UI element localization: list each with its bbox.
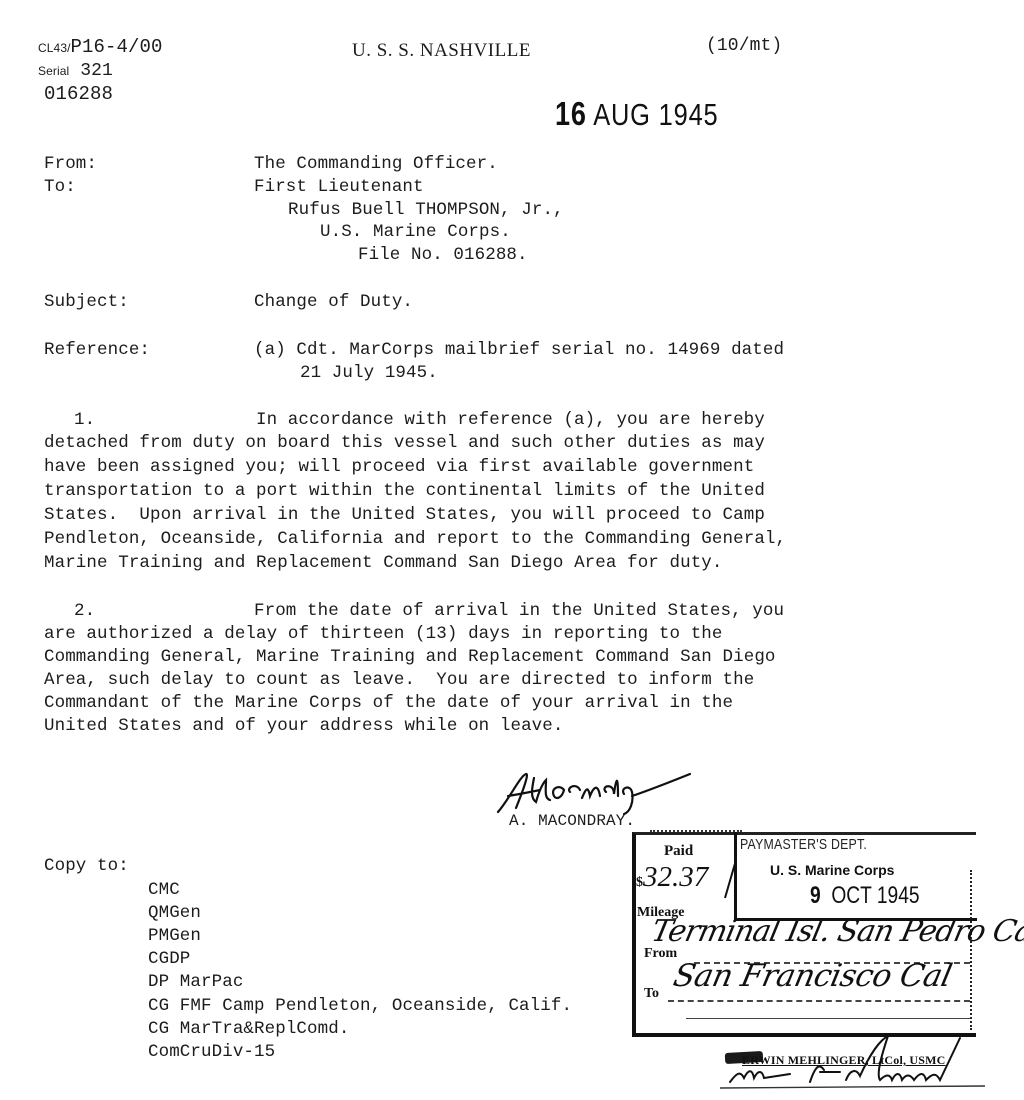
paragraph-2-line: Commanding General, Marine Training and … (44, 647, 776, 667)
to-line-name: Rufus Buell THOMPSON, Jr., (288, 200, 564, 220)
paragraph-1-line: Pendleton, Oceanside, California and rep… (44, 529, 786, 549)
copy-recipient: QMGen (148, 903, 201, 923)
ref-code-value: P16-4/00 (71, 36, 163, 58)
handwritten-from: Terminal Isl. San Pedro Cal (648, 914, 1024, 949)
subject-label: Subject: (44, 292, 129, 312)
stamp-date-day: 9 (810, 882, 821, 909)
paragraph-1-line: Marine Training and Replacement Command … (44, 553, 723, 573)
paid-label: Paid (664, 843, 693, 860)
to-label: To: (44, 177, 76, 197)
handwritten-to: San Francisco Cal (670, 958, 955, 994)
file-number: 016288 (44, 83, 113, 105)
ship-name-heading: U. S. S. NASHVILLE (352, 40, 531, 62)
to-line-rank: First Lieutenant (254, 177, 424, 197)
stamp-date: 9 OCT 1945 (810, 882, 920, 910)
paragraph-1-line: States. Upon arrival in the United State… (44, 505, 765, 525)
reference-line-1: (a) Cdt. MarCorps mailbrief serial no. 1… (254, 340, 784, 360)
stamp-right-edge (970, 870, 972, 1030)
from-value: The Commanding Officer. (254, 154, 498, 174)
date-month-year: AUG 1945 (593, 97, 718, 132)
reference-label: Reference: (44, 340, 150, 360)
to-line-file: File No. 016288. (358, 245, 528, 265)
stamp-date-month-year: OCT 1945 (831, 882, 919, 909)
serial-line: Serial 321 (38, 61, 113, 81)
copy-recipient: CG MarTra&ReplComd. (148, 1019, 349, 1039)
reference-code: CL43/P16-4/00 (38, 36, 163, 58)
paragraph-1-number: 1. (74, 410, 95, 430)
paragraph-2-line: United States and of your address while … (44, 716, 563, 736)
copy-recipient: CGDP (148, 949, 190, 969)
dollar-sign: $ (636, 875, 643, 890)
stamp-to-label: To (644, 986, 659, 1002)
copy-recipient: ComCruDiv-15 (148, 1042, 275, 1062)
paid-amount: $32.37 (636, 861, 708, 894)
signer-name: A. MACONDRAY. (509, 812, 635, 830)
typist-initials: (10/mt) (706, 36, 782, 56)
paragraph-1-line: have been assigned you; will proceed via… (44, 457, 754, 477)
paragraph-2-line: From the date of arrival in the United S… (254, 601, 784, 621)
blank-line (686, 1018, 970, 1019)
paymaster-signature-icon (720, 1034, 990, 1090)
copy-recipient: CG FMF Camp Pendleton, Oceanside, Calif. (148, 996, 572, 1016)
copy-to-label: Copy to: (44, 856, 129, 876)
reference-line-2: 21 July 1945. (300, 363, 438, 383)
serial-number: 321 (80, 61, 113, 81)
paymaster-title: PAYMASTER'S DEPT. (740, 836, 867, 853)
paragraph-2-line: Area, such delay to count as leave. You … (44, 670, 754, 690)
paragraph-2-line: Commandant of the Marine Corps of the da… (44, 693, 733, 713)
paragraph-1-line: detached from duty on board this vessel … (44, 433, 765, 453)
from-label: From: (44, 154, 97, 174)
copy-recipient: CMC (148, 880, 180, 900)
date-stamp: 16 AUG 1945 (555, 95, 719, 133)
to-line-service: U.S. Marine Corps. (320, 222, 511, 242)
paid-amount-value: 32.37 (643, 861, 708, 893)
to-dashed-line (668, 1000, 970, 1002)
paragraph-1-line: transportation to a port within the cont… (44, 481, 765, 501)
paragraph-2-line: are authorized a delay of thirteen (13) … (44, 624, 723, 644)
copy-recipient: PMGen (148, 926, 201, 946)
paragraph-2-number: 2. (74, 601, 95, 621)
date-day: 16 (555, 95, 587, 132)
stamp-organization: U. S. Marine Corps (770, 862, 894, 878)
serial-label: Serial (38, 64, 69, 78)
paragraph-1-line: In accordance with reference (a), you ar… (256, 410, 765, 430)
ref-prefix: CL43/ (38, 41, 71, 55)
slash-mark-icon (722, 858, 738, 900)
copy-recipient: DP MarPac (148, 972, 243, 992)
subject-value: Change of Duty. (254, 292, 413, 312)
